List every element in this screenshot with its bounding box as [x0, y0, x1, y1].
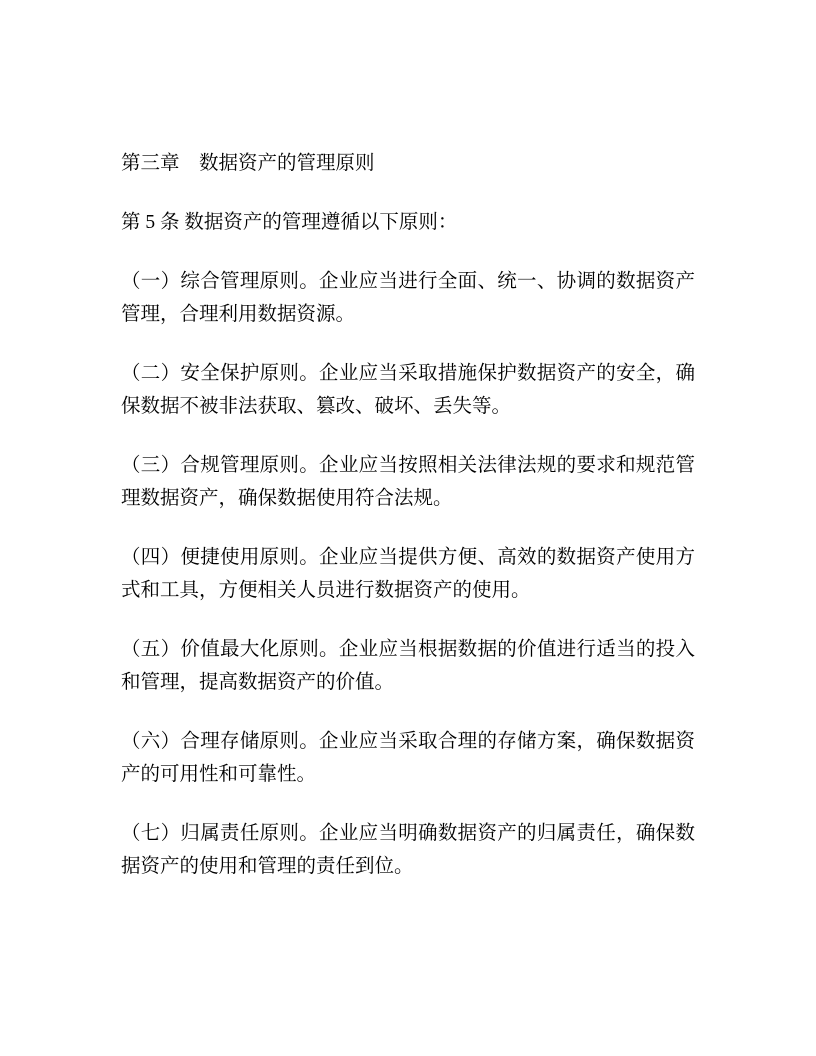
principle-paragraph-7: （七）归属责任原则。企业应当明确数据资产的归属责任，确保数据资产的使用和管理的责… — [121, 817, 695, 883]
principle-paragraph-2: （二）安全保护原则。企业应当采取措施保护数据资产的安全，确保数据不被非法获取、篡… — [121, 357, 695, 423]
principle-paragraph-1: （一）综合管理原则。企业应当进行全面、统一、协调的数据资产管理，合理利用数据资源… — [121, 265, 695, 331]
principle-paragraph-3: （三）合规管理原则。企业应当按照相关法律法规的要求和规范管理数据资产，确保数据使… — [121, 449, 695, 515]
principle-paragraph-6: （六）合理存储原则。企业应当采取合理的存储方案，确保数据资产的可用性和可靠性。 — [121, 725, 695, 791]
principle-paragraph-4: （四）便捷使用原则。企业应当提供方便、高效的数据资产使用方式和工具，方便相关人员… — [121, 541, 695, 607]
principle-paragraph-5: （五）价值最大化原则。企业应当根据数据的价值进行适当的投入和管理，提高数据资产的… — [121, 633, 695, 699]
document-body: 第三章 数据资产的管理原则 第 5 条 数据资产的管理遵循以下原则： （一）综合… — [121, 147, 695, 909]
article-heading: 第 5 条 数据资产的管理遵循以下原则： — [121, 206, 695, 239]
document-page: 第三章 数据资产的管理原则 第 5 条 数据资产的管理遵循以下原则： （一）综合… — [0, 0, 816, 1056]
chapter-heading: 第三章 数据资产的管理原则 — [121, 147, 695, 180]
